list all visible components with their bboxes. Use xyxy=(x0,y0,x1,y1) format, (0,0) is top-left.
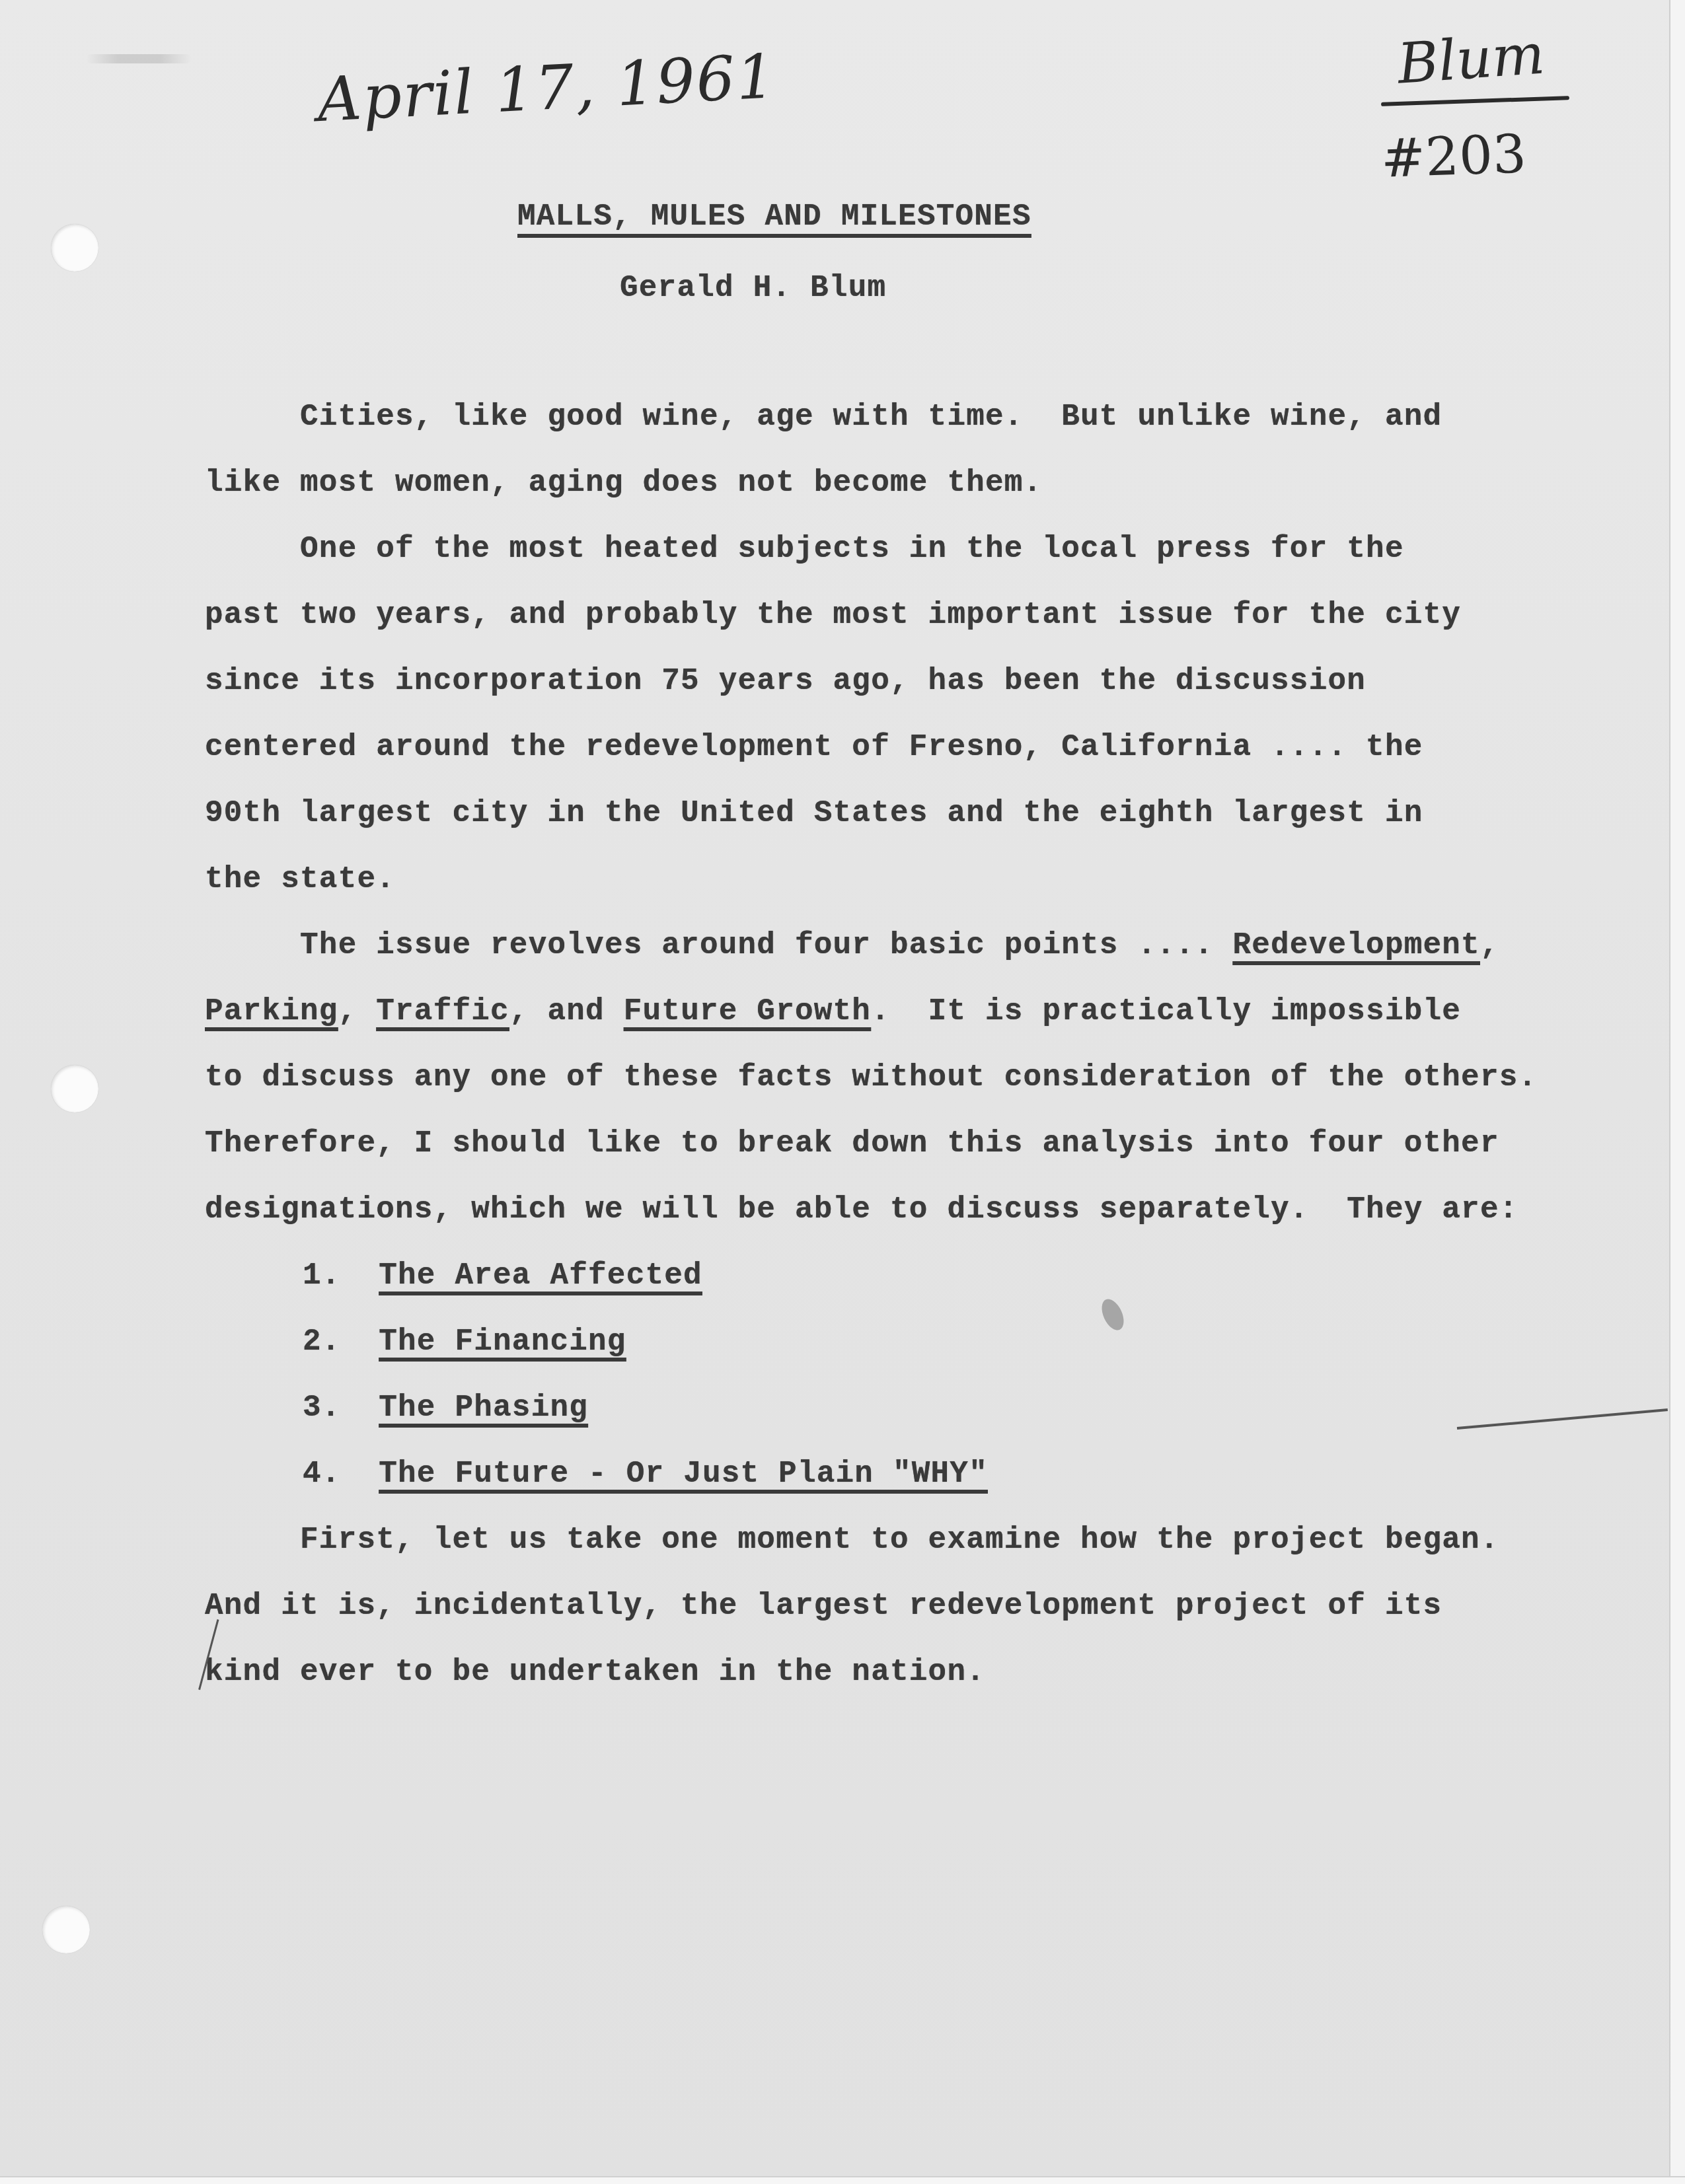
list-number: 3. xyxy=(303,1391,341,1425)
list-number: 1. xyxy=(303,1258,341,1293)
handwritten-date: April 17, 1961 xyxy=(316,41,778,135)
list-number: 2. xyxy=(303,1325,341,1359)
point-redevelopment: Redevelopment xyxy=(1232,928,1479,963)
body-line: to discuss any one of these facts withou… xyxy=(205,1060,1537,1095)
body-line: since its incorporation 75 years ago, ha… xyxy=(205,664,1366,698)
handwritten-author-note: Blum xyxy=(1396,21,1547,96)
staple-mark xyxy=(86,54,192,63)
body-line: like most women, aging does not become t… xyxy=(205,466,1042,500)
list-item: 2. The Financing xyxy=(303,1325,626,1359)
punch-hole-bottom xyxy=(42,1906,90,1953)
punch-hole-top xyxy=(51,224,98,272)
list-item: 4. The Future - Or Just Plain "WHY" xyxy=(303,1457,988,1491)
list-label: The Area Affected xyxy=(379,1258,702,1293)
ink-smudge xyxy=(1098,1295,1129,1333)
points-suffix: . It is practically impossible xyxy=(871,994,1461,1029)
list-label: The Future - Or Just Plain "WHY" xyxy=(379,1457,988,1491)
body-line: the state. xyxy=(205,862,395,896)
punctuation: , xyxy=(338,994,377,1029)
body-line: Therefore, I should like to break down t… xyxy=(205,1126,1499,1161)
body-line-points-2: Parking, Traffic, and Future Growth. It … xyxy=(205,994,1461,1029)
point-parking: Parking xyxy=(205,994,338,1029)
punctuation: , and xyxy=(509,994,624,1029)
body-line: 90th largest city in the United States a… xyxy=(205,796,1423,830)
list-number: 4. xyxy=(303,1457,341,1491)
list-label: The Phasing xyxy=(379,1391,588,1425)
pencil-stroke xyxy=(1457,1408,1668,1430)
list-item: 3. The Phasing xyxy=(303,1391,588,1425)
document-title: MALLS, MULES AND MILESTONES xyxy=(517,200,1031,234)
point-traffic: Traffic xyxy=(376,994,509,1029)
body-line: One of the most heated subjects in the l… xyxy=(205,532,1404,566)
document-author: Gerald H. Blum xyxy=(620,271,886,305)
body-line: designations, which we will be able to d… xyxy=(205,1192,1518,1227)
page-edge-bottom xyxy=(0,2176,1685,2184)
body-line: past two years, and probably the most im… xyxy=(205,598,1461,632)
list-label: The Financing xyxy=(379,1325,626,1359)
body-line: Cities, like good wine, age with time. B… xyxy=(205,400,1442,434)
page-edge-right xyxy=(1669,0,1685,2184)
body-line: First, let us take one moment to examine… xyxy=(205,1523,1499,1557)
body-line-points: The issue revolves around four basic poi… xyxy=(205,928,1499,963)
list-item: 1. The Area Affected xyxy=(303,1258,702,1293)
point-future-growth: Future Growth xyxy=(624,994,871,1029)
points-intro: The issue revolves around four basic poi… xyxy=(205,928,1232,963)
body-line: And it is, incidentally, the largest red… xyxy=(205,1589,1442,1623)
body-line: centered around the redevelopment of Fre… xyxy=(205,730,1423,764)
document-page: April 17, 1961 Blum #203 MALLS, MULES AN… xyxy=(0,0,1670,2177)
handwritten-underline xyxy=(1381,96,1569,106)
handwritten-document-number: #203 xyxy=(1380,123,1527,190)
body-line: kind ever to be undertaken in the nation… xyxy=(205,1655,985,1689)
punch-hole-middle xyxy=(51,1065,98,1112)
punctuation: , xyxy=(1480,928,1499,963)
